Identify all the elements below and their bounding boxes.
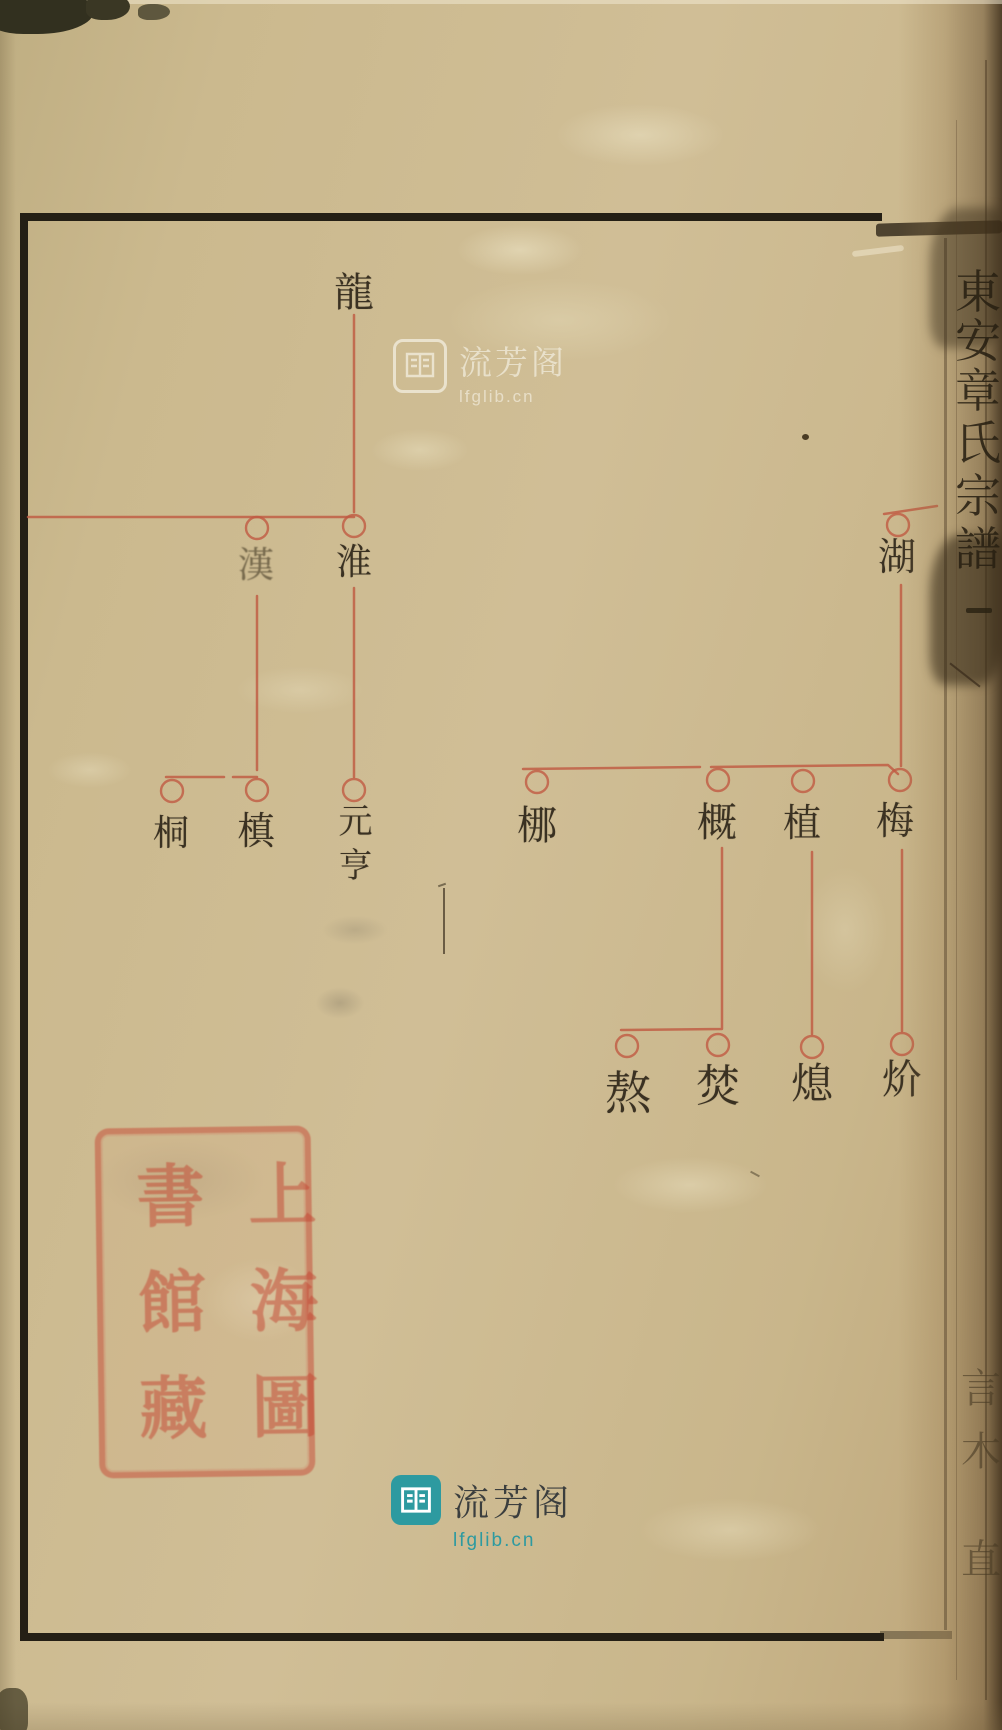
watermark-site-url: lfglib.cn — [459, 387, 567, 407]
book-icon — [393, 339, 447, 393]
watermark-top: 流芳阁 lfglib.cn — [393, 337, 567, 407]
watermark-site-name: 流芳阁 — [459, 337, 567, 384]
book-icon — [391, 1475, 441, 1525]
scan-edge-left — [0, 0, 16, 1730]
watermark-bottom: 流芳阁 lfglib.cn — [391, 1475, 573, 1552]
edge-char: 直 — [958, 1540, 1002, 1580]
edge-partial-text: 言木直 — [0, 0, 1002, 1730]
watermark-site-url: lfglib.cn — [453, 1530, 573, 1552]
watermark-site-name: 流芳阁 — [453, 1475, 573, 1526]
scan-edge-bottom — [0, 1702, 1002, 1730]
scanned-genealogy-page: 龍淮漢桐槙元亨湖梛概植梅熬焚熄炌 上海圖書館藏 東安章氏宗譜 言木直 流芳阁 l… — [0, 0, 1002, 1730]
edge-char: 木 — [958, 1432, 1002, 1472]
edge-char: 言 — [958, 1369, 1002, 1409]
corner-damage — [0, 1688, 28, 1730]
